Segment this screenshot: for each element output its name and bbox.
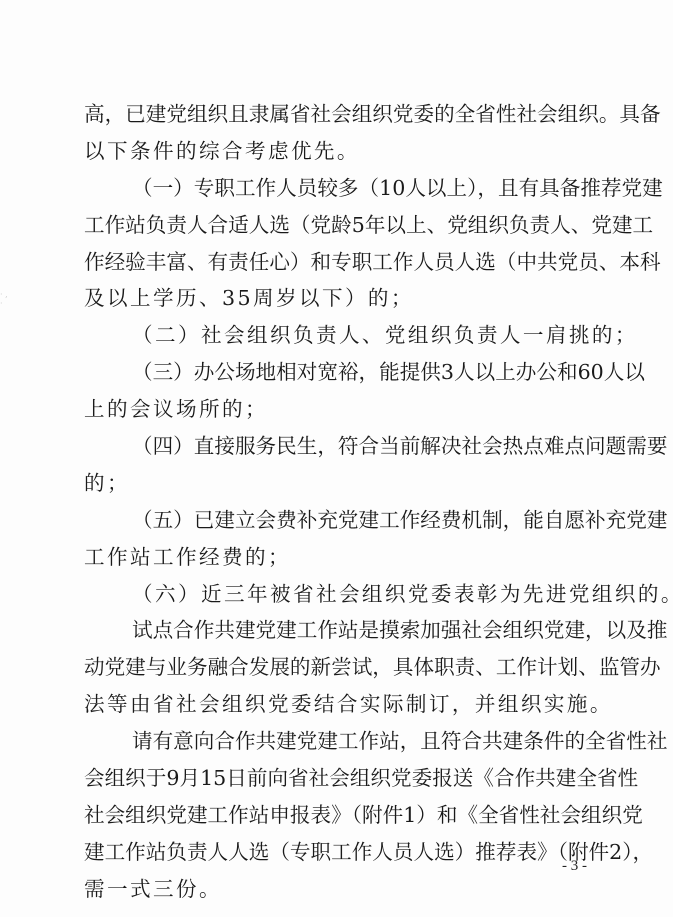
text-line: 社会组织党建工作站申报表》（附件1）和《全省性社会组织党 (84, 797, 592, 834)
text-line: 的； (84, 465, 592, 502)
text-line: （六）近三年被省社会组织党委表彰为先进党组织的。 (84, 576, 592, 613)
text-line: （五）已建立会费补充党建工作经费机制，能自愿补充党建 (84, 502, 592, 539)
text-line: （四）直接服务民生，符合当前解决社会热点难点问题需要 (84, 428, 592, 465)
text-line: 请有意向合作共建党建工作站，且符合共建条件的全省性社 (84, 723, 592, 760)
text-line: 工作站工作经费的； (84, 539, 592, 576)
text-line: 需一式三份。 (84, 871, 592, 908)
text-line: 会组织于9月15日前向省社会组织党委报送《合作共建全省性 (84, 760, 592, 797)
text-line: 作经验丰富、有责任心）和专职工作人员人选（中共党员、本科 (84, 244, 592, 281)
text-line: （一）专职工作人员较多（10人以上），且有具备推荐党建 (84, 170, 592, 207)
text-line: 法等由省社会组织党委结合实际制订，并组织实施。 (84, 686, 592, 723)
text-line: 以下条件的综合考虑优先。 (84, 133, 592, 170)
text-line: 及以上学历、35周岁以下）的； (84, 280, 592, 317)
document-page: · , · 高，已建党组织且隶属省社会组织党委的全省性社会组织。具备以下条件的综… (0, 0, 673, 917)
document-body: 高，已建党组织且隶属省社会组织党委的全省性社会组织。具备以下条件的综合考虑优先。… (84, 96, 592, 908)
text-line: 上的会议场所的； (84, 391, 592, 428)
text-line: （二）社会组织负责人、党组织负责人一肩挑的； (84, 317, 592, 354)
text-line: 动党建与业务融合发展的新尝试，具体职责、工作计划、监管办 (84, 649, 592, 686)
text-line: （三）办公场地相对宽裕，能提供3人以上办公和60人以 (84, 354, 592, 391)
text-line: 建工作站负责人人选（专职工作人员人选）推荐表》（附件2）， (84, 834, 592, 871)
text-line: 工作站负责人合适人选（党龄5年以上、党组织负责人、党建工 (84, 207, 592, 244)
page-number: - 3 - (562, 858, 587, 875)
text-line: 试点合作共建党建工作站是摸索加强社会组织党建，以及推 (84, 612, 592, 649)
scan-artifact: · , · (0, 290, 30, 320)
text-line: 高，已建党组织且隶属省社会组织党委的全省性社会组织。具备 (84, 96, 592, 133)
